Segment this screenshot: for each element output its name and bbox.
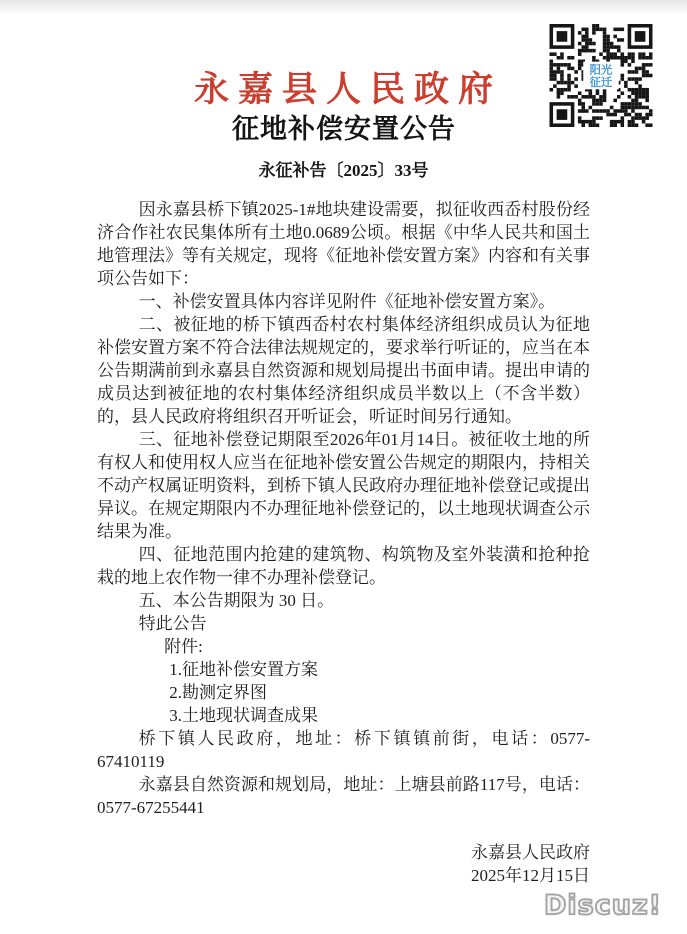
contact-line-resources-bureau: 永嘉县自然资源和规划局，地址：上塘县前路117号，电话：0577-6725544… [97, 773, 590, 819]
clause-5: 五、本公告期限为 30 日。 [97, 589, 590, 612]
attachment-item-3: 3.土地现状调查成果 [97, 704, 590, 727]
signature-organization: 永嘉县人民政府 [97, 841, 590, 864]
document-body: 因永嘉县桥下镇2025-1#地块建设需要，拟征收西岙村股份经济合作社农民集体所有… [97, 198, 590, 887]
clause-2: 二、被征地的桥下镇西岙村农村集体经济组织成员认为征地补偿安置方案不符合法律法规规… [97, 313, 590, 428]
qr-label-line1: 阳光 [590, 62, 613, 76]
attachment-item-2: 2.勘测定界图 [97, 681, 590, 704]
announcement-document: 阳光 征迁 永嘉县人民政府 征地补偿安置公告 永征补告〔2025〕33号 因永嘉… [0, 0, 687, 887]
contact-line-town-government: 桥下镇人民政府，地址：桥下镇镇前街，电话：0577-67410119 [97, 727, 590, 773]
closing-line: 特此公告 [97, 612, 590, 635]
qr-code: 阳光 征迁 [548, 24, 654, 127]
clause-3: 三、征地补偿登记期限至2026年01月14日。被征收土地的所有权人和使用权人应当… [97, 428, 590, 543]
clause-4: 四、征地范围内抢建的建筑物、构筑物及室外装潢和抢种抢栽的地上农作物一律不办理补偿… [97, 543, 590, 589]
document-number: 永征补告〔2025〕33号 [0, 160, 687, 181]
qr-label-line2: 征迁 [589, 75, 613, 89]
attachments-label: 附件: [97, 635, 590, 658]
signature-date: 2025年12月15日 [97, 864, 590, 887]
qr-pattern-icon: 阳光 征迁 [548, 24, 654, 127]
intro-paragraph: 因永嘉县桥下镇2025-1#地块建设需要，拟征收西岙村股份经济合作社农民集体所有… [97, 198, 590, 290]
clause-1: 一、补偿安置具体内容详见附件《征地补偿安置方案》。 [97, 290, 590, 313]
discuz-watermark-logo: Discuz! [544, 890, 662, 921]
signature-block: 永嘉县人民政府 2025年12月15日 [97, 841, 590, 887]
attachment-item-1: 1.征地补偿安置方案 [97, 658, 590, 681]
